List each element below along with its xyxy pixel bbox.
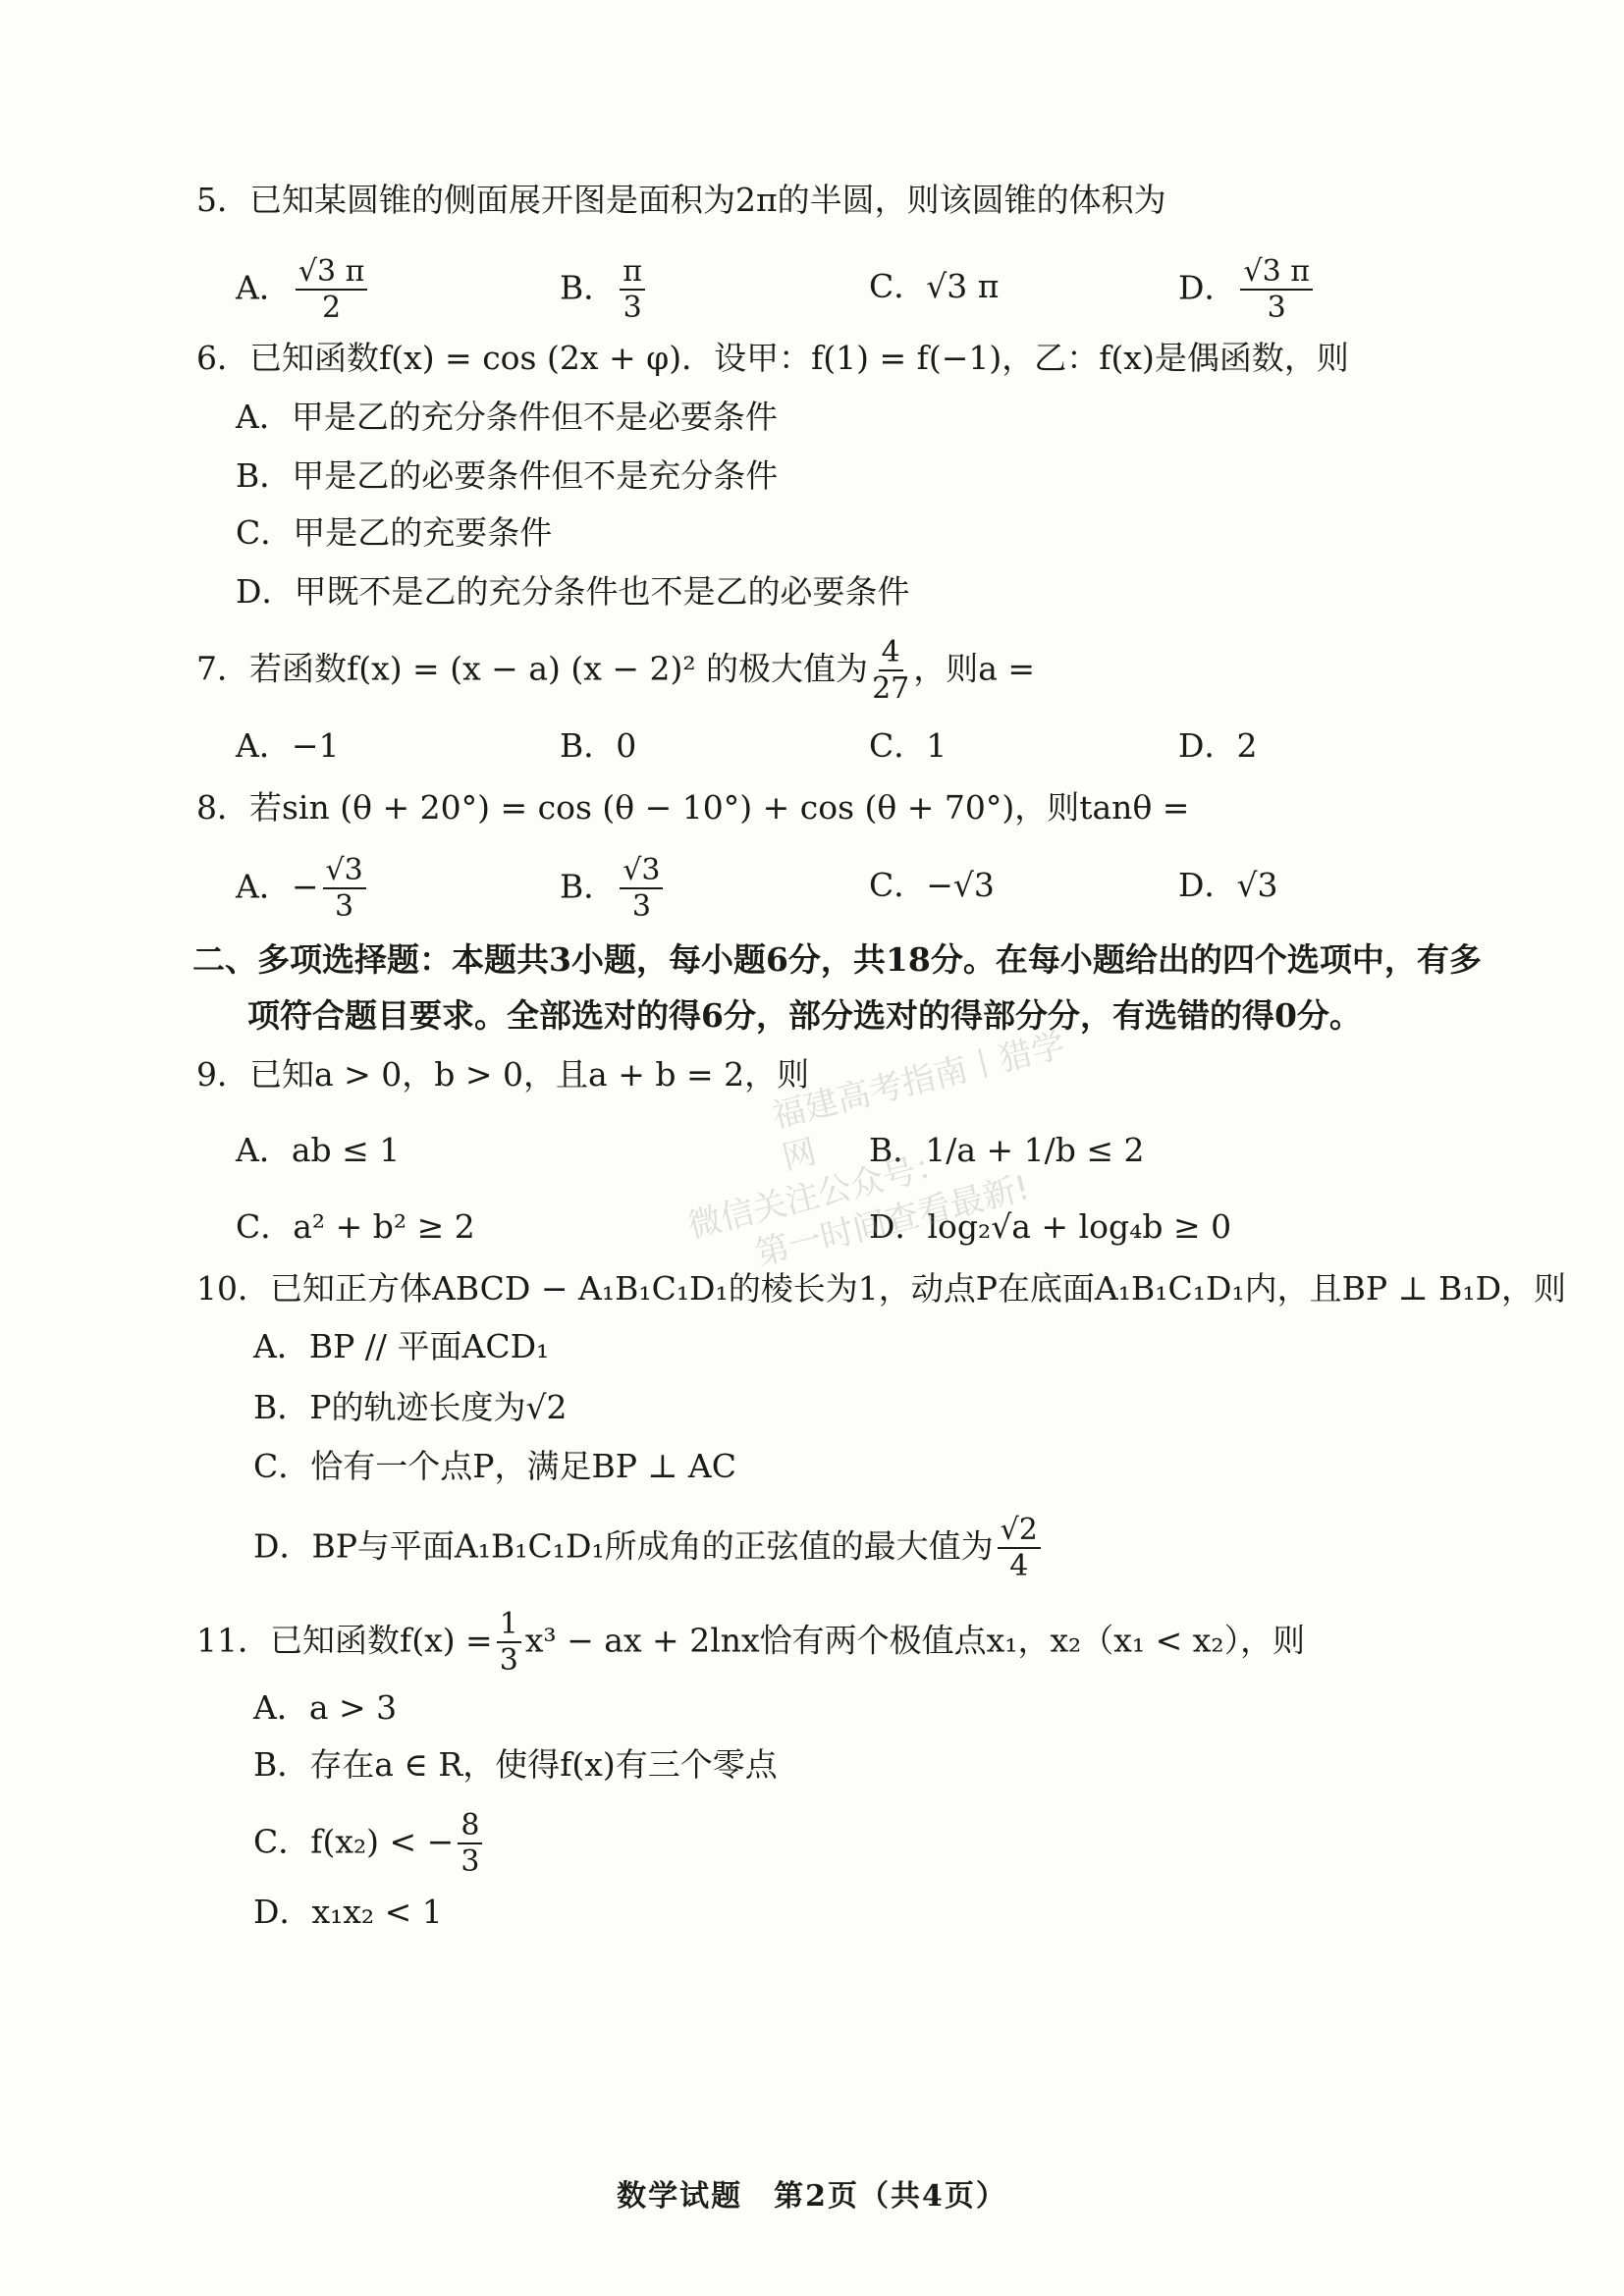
q5-option-d: D．√3 π3 (1178, 257, 1317, 323)
q6-option-b: B．甲是乙的必要条件但不是充分条件 (236, 456, 778, 496)
q7-option-d: D．2 (1178, 726, 1257, 766)
question-9-stem: 9．已知a > 0，b > 0，且a + b = 2，则 (196, 1055, 809, 1095)
section-2-instructions: 项符合题目要求。全部选对的得6分，部分选对的得部分分，有选错的得0分。 (247, 996, 1362, 1036)
q10-option-b: B．P的轨迹长度为√2 (253, 1388, 568, 1427)
q11-option-a: A．a > 3 (253, 1688, 397, 1728)
q8-option-b: B．√33 (560, 856, 667, 922)
page-footer: 数学试题 第2页（共4页） (0, 2171, 1624, 2215)
q6-option-a: A．甲是乙的充分条件但不是必要条件 (236, 398, 778, 437)
q11-option-d: D．x₁x₂ < 1 (253, 1893, 443, 1932)
question-10-stem: 10．已知正方体ABCD − A₁B₁C₁D₁的棱长为1，动点P在底面A₁B₁C… (196, 1269, 1566, 1308)
q11-option-c: C．f(x₂) < −83 (253, 1811, 486, 1877)
question-6-stem: 6．已知函数f(x) = cos (2x + φ)．设甲：f(1) = f(−1… (196, 339, 1349, 378)
q8-option-a: A．−√33 (236, 856, 370, 922)
section-2-heading: 二、多项选择题：本题共3小题，每小题6分，共18分。在每小题给出的四个选项中，有… (192, 940, 1482, 980)
q5-option-c: C．√3 π (869, 267, 999, 306)
q7-option-c: C．1 (869, 726, 947, 766)
q7-option-a: A．−1 (236, 726, 340, 766)
question-5-stem: 5．已知某圆锥的侧面展开图是面积为2π的半圆，则该圆锥的体积为 (196, 181, 1166, 220)
q7-option-b: B．0 (560, 726, 636, 766)
q11-option-b: B．存在a ∈ R，使得f(x)有三个零点 (253, 1745, 778, 1785)
q5-option-b: B．π3 (560, 257, 649, 323)
q8-option-d: D．√3 (1178, 866, 1278, 905)
q10-option-c: C．恰有一个点P，满足BP ⊥ AC (253, 1447, 736, 1486)
q10-option-d: D．BP与平面A₁B₁C₁D₁所成角的正弦值的最大值为√24 (253, 1516, 1045, 1581)
question-8-stem: 8．若sin (θ + 20°) = cos (θ − 10°) + cos (… (196, 788, 1189, 828)
question-7-stem: 7．若函数f(x) = (x − a) (x − 2)² 的极大值为427，则a… (196, 638, 1035, 704)
q10-option-a: A．BP // 平面ACD₁ (253, 1327, 549, 1366)
q9-option-c: C．a² + b² ≥ 2 (236, 1207, 475, 1247)
question-11-stem: 11．已知函数f(x) =13x³ − ax + 2lnx恰有两个极值点x₁，x… (196, 1610, 1305, 1676)
q6-option-c: C．甲是乙的充要条件 (236, 513, 552, 553)
q5-option-a: A．√3 π2 (236, 257, 371, 323)
q6-option-d: D．甲既不是乙的充分条件也不是乙的必要条件 (236, 572, 909, 612)
q8-option-c: C．−√3 (869, 866, 995, 905)
q9-option-a: A．ab ≤ 1 (236, 1131, 400, 1170)
